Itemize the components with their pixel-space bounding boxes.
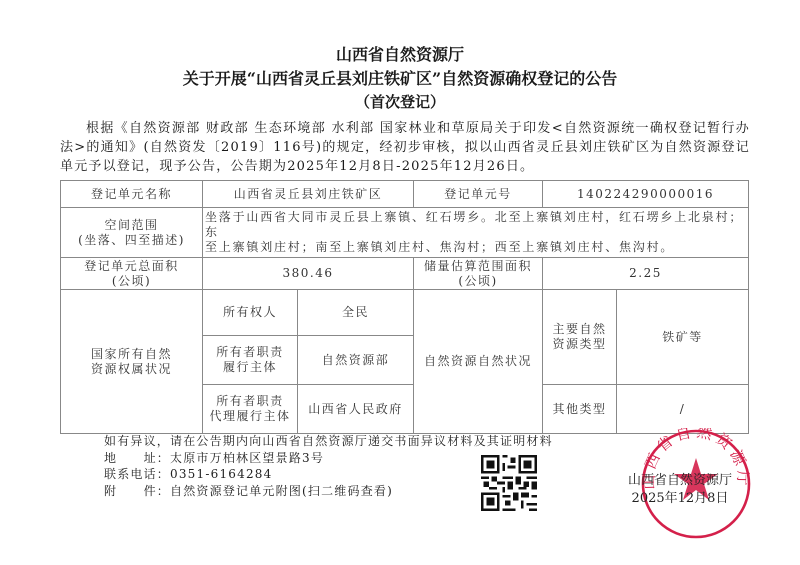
- signature-date: 2025年12月8日: [600, 490, 760, 508]
- reserve-area-value: 2.25: [543, 258, 749, 290]
- table-row: 国家所有自然 资源权属状况 所有权人 全民 自然资源自然状况 主要自然 资源类型…: [61, 290, 749, 336]
- unit-no-value: 140224290000016: [543, 181, 749, 208]
- address-label: 地 址：: [104, 451, 170, 465]
- agent-subject-label-line1: 所有者职责: [205, 394, 295, 409]
- reserve-area-label-line2: (公顷): [416, 274, 540, 289]
- main-type-label: 主要自然 资源类型: [543, 290, 617, 385]
- main-type-label-line1: 主要自然: [545, 322, 614, 337]
- ownership-label: 国家所有自然 资源权属状况: [61, 290, 203, 434]
- notice-paragraph: 根据《自然资源部 财政部 生态环境部 水利部 国家林业和草原局关于印发<自然资源…: [60, 119, 750, 176]
- address-value: 太原市万柏林区望景路3号: [170, 451, 324, 465]
- table-row: 登记单元名称 山西省灵丘县刘庄铁矿区 登记单元号 140224290000016: [61, 181, 749, 208]
- signature-org: 山西省自然资源厅: [600, 472, 760, 490]
- attachment-label: 附 件：: [104, 484, 170, 498]
- registration-table: 登记单元名称 山西省灵丘县刘庄铁矿区 登记单元号 140224290000016…: [60, 180, 749, 434]
- ownership-label-line1: 国家所有自然: [63, 347, 200, 362]
- table-row: 登记单元总面积 (公顷) 380.46 储量估算范围面积 (公顷) 2.25: [61, 258, 749, 290]
- other-type-label: 其他类型: [543, 385, 617, 434]
- phone-value: 0351-6164284: [170, 467, 272, 481]
- objection-note: 如有异议，请在公告期内向山西省自然资源厅递交书面异议材料及其证明材料: [104, 433, 553, 450]
- other-type-value: /: [617, 385, 749, 434]
- agent-subject-label-line2: 代理履行主体: [205, 409, 295, 424]
- qr-code-icon[interactable]: [481, 455, 537, 511]
- duty-subject-label-line2: 履行主体: [205, 360, 295, 375]
- phone-label: 联系电话：: [104, 467, 170, 481]
- reserve-area-label: 储量估算范围面积 (公顷): [414, 258, 543, 290]
- agent-subject-value: 山西省人民政府: [298, 385, 414, 434]
- issuing-org: 山西省自然资源厅: [0, 42, 800, 65]
- signature-block: 山西省自然资源厅 2025年12月8日: [600, 472, 760, 508]
- scope-label-line2: (坐落、四至描述): [63, 233, 200, 248]
- owner-value: 全民: [298, 290, 414, 336]
- scope-value-line2: 至上寨镇刘庄村；南至上寨镇刘庄村、焦沟村；西至上寨镇刘庄村、焦沟村。: [205, 240, 746, 255]
- main-type-label-line2: 资源类型: [545, 337, 614, 352]
- table-row: 空间范围 (坐落、四至描述) 坐落于山西省大同市灵丘县上寨镇、红石塄乡。北至上寨…: [61, 208, 749, 258]
- agent-subject-label: 所有者职责 代理履行主体: [203, 385, 298, 434]
- main-type-value: 铁矿等: [617, 290, 749, 385]
- scope-value: 坐落于山西省大同市灵丘县上寨镇、红石塄乡。北至上寨镇刘庄村，红石塄乡上北泉村；东…: [203, 208, 749, 258]
- unit-no-label: 登记单元号: [414, 181, 543, 208]
- total-area-label: 登记单元总面积 (公顷): [61, 258, 203, 290]
- natural-status-label: 自然资源自然状况: [414, 290, 543, 434]
- attachment-value: 自然资源登记单元附图(扫二维码查看): [170, 484, 393, 498]
- total-area-label-line1: 登记单元总面积: [63, 259, 200, 274]
- unit-name-value: 山西省灵丘县刘庄铁矿区: [203, 181, 414, 208]
- duty-subject-value: 自然资源部: [298, 336, 414, 385]
- scope-label-line1: 空间范围: [63, 218, 200, 233]
- unit-name-label: 登记单元名称: [61, 181, 203, 208]
- notice-subtitle: （首次登记）: [0, 91, 800, 112]
- scope-value-line1: 坐落于山西省大同市灵丘县上寨镇、红石塄乡。北至上寨镇刘庄村，红石塄乡上北泉村；东: [205, 210, 746, 240]
- duty-subject-label: 所有者职责 履行主体: [203, 336, 298, 385]
- total-area-label-line2: (公顷): [63, 274, 200, 289]
- reserve-area-label-line1: 储量估算范围面积: [416, 259, 540, 274]
- duty-subject-label-line1: 所有者职责: [205, 345, 295, 360]
- ownership-label-line2: 资源权属状况: [63, 362, 200, 377]
- total-area-value: 380.46: [203, 258, 414, 290]
- owner-label: 所有权人: [203, 290, 298, 336]
- notice-title: 关于开展“山西省灵丘县刘庄铁矿区”自然资源确权登记的公告: [0, 66, 800, 89]
- scope-label: 空间范围 (坐落、四至描述): [61, 208, 203, 258]
